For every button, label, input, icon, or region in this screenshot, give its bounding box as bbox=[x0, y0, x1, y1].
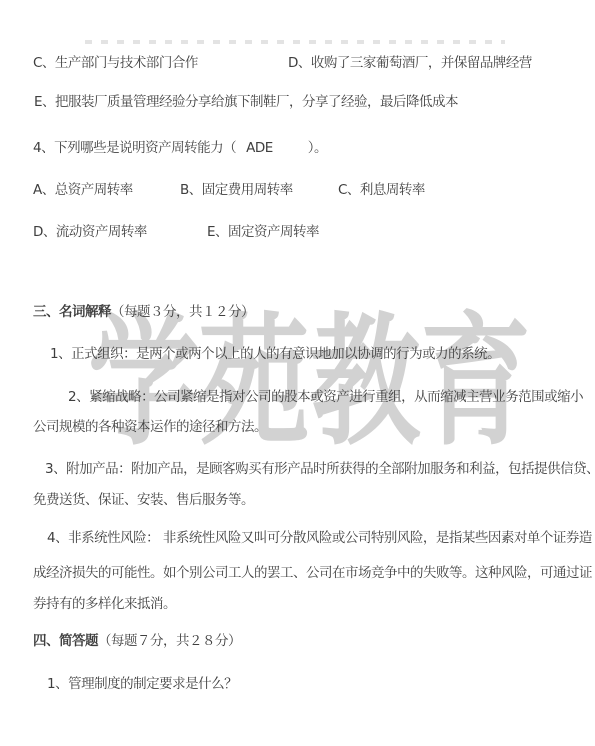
section4-heading: 四、简答题（每题７分，共２８分） bbox=[33, 633, 241, 650]
section3-item4-line1: 4、非系统性风险： 非系统性风险又叫可分散风险或公司特别风险，是指某些因素对单个… bbox=[47, 530, 592, 547]
section3-item2-line1: 2、紧缩战略：公司紧缩是指对公司的股本或资产进行重组，从而缩减主营业务范围或缩小 bbox=[68, 389, 583, 406]
q4-option-c: C、利息周转率 bbox=[338, 182, 425, 199]
document-page: 学苑教育 C、生产部门与技术部门合作 D、收购了三家葡萄酒厂，并保留品牌经营 E… bbox=[0, 0, 595, 746]
q4-stem-prefix: 4、下列哪些是说明资产周转能力（ bbox=[33, 140, 236, 156]
section4-item1: 1、管理制度的制定要求是什么？ bbox=[47, 676, 237, 693]
section3-heading: 三、名词解释（每题３分，共１２分） bbox=[33, 304, 254, 321]
section3-heading-title: 三、名词解释 bbox=[33, 304, 111, 320]
q4-option-e: E、固定资产周转率 bbox=[207, 224, 319, 241]
q3-option-d: D、收购了三家葡萄酒厂，并保留品牌经营 bbox=[288, 55, 532, 72]
section3-item1: 1、正式组织：是两个或两个以上的人的有意识地加以协调的行为或力的系统。 bbox=[50, 346, 500, 363]
section3-item4-line2: 成经济损失的可能性。如个别公司工人的罢工、公司在市场竞争中的失败等。这种风险，可… bbox=[33, 565, 592, 582]
q4-stem: 4、下列哪些是说明资产周转能力（ADE）。 bbox=[33, 140, 327, 157]
q4-stem-suffix: ）。 bbox=[308, 140, 327, 157]
section3-item3-line1: 3、附加产品：附加产品，是顾客购买有形产品时所获得的全部附加服务和利益，包括提供… bbox=[45, 461, 595, 478]
clipped-text-remnant bbox=[85, 40, 505, 44]
q4-option-d: D、流动资产周转率 bbox=[33, 224, 147, 241]
q3-option-e: E、把服装厂质量管理经验分享给旗下制鞋厂，分享了经验，最后降低成本 bbox=[34, 94, 458, 111]
section4-heading-title: 四、简答题 bbox=[33, 633, 98, 649]
section3-item4-line3: 券持有的多样化来抵消。 bbox=[33, 596, 176, 613]
section3-heading-note: （每题３分，共１２分） bbox=[111, 304, 254, 320]
q4-option-a: A、总资产周转率 bbox=[33, 182, 133, 199]
q3-option-c: C、生产部门与技术部门合作 bbox=[33, 55, 198, 72]
q4-answer: ADE bbox=[246, 140, 273, 157]
section3-item3-line2: 免费送货、保证、安装、售后服务等。 bbox=[33, 492, 254, 509]
section4-heading-note: （每题７分，共２８分） bbox=[98, 633, 241, 649]
section3-item2-line2: 公司规模的各种资本运作的途径和方法。 bbox=[33, 419, 267, 436]
q4-option-b: B、固定费用周转率 bbox=[180, 182, 293, 199]
